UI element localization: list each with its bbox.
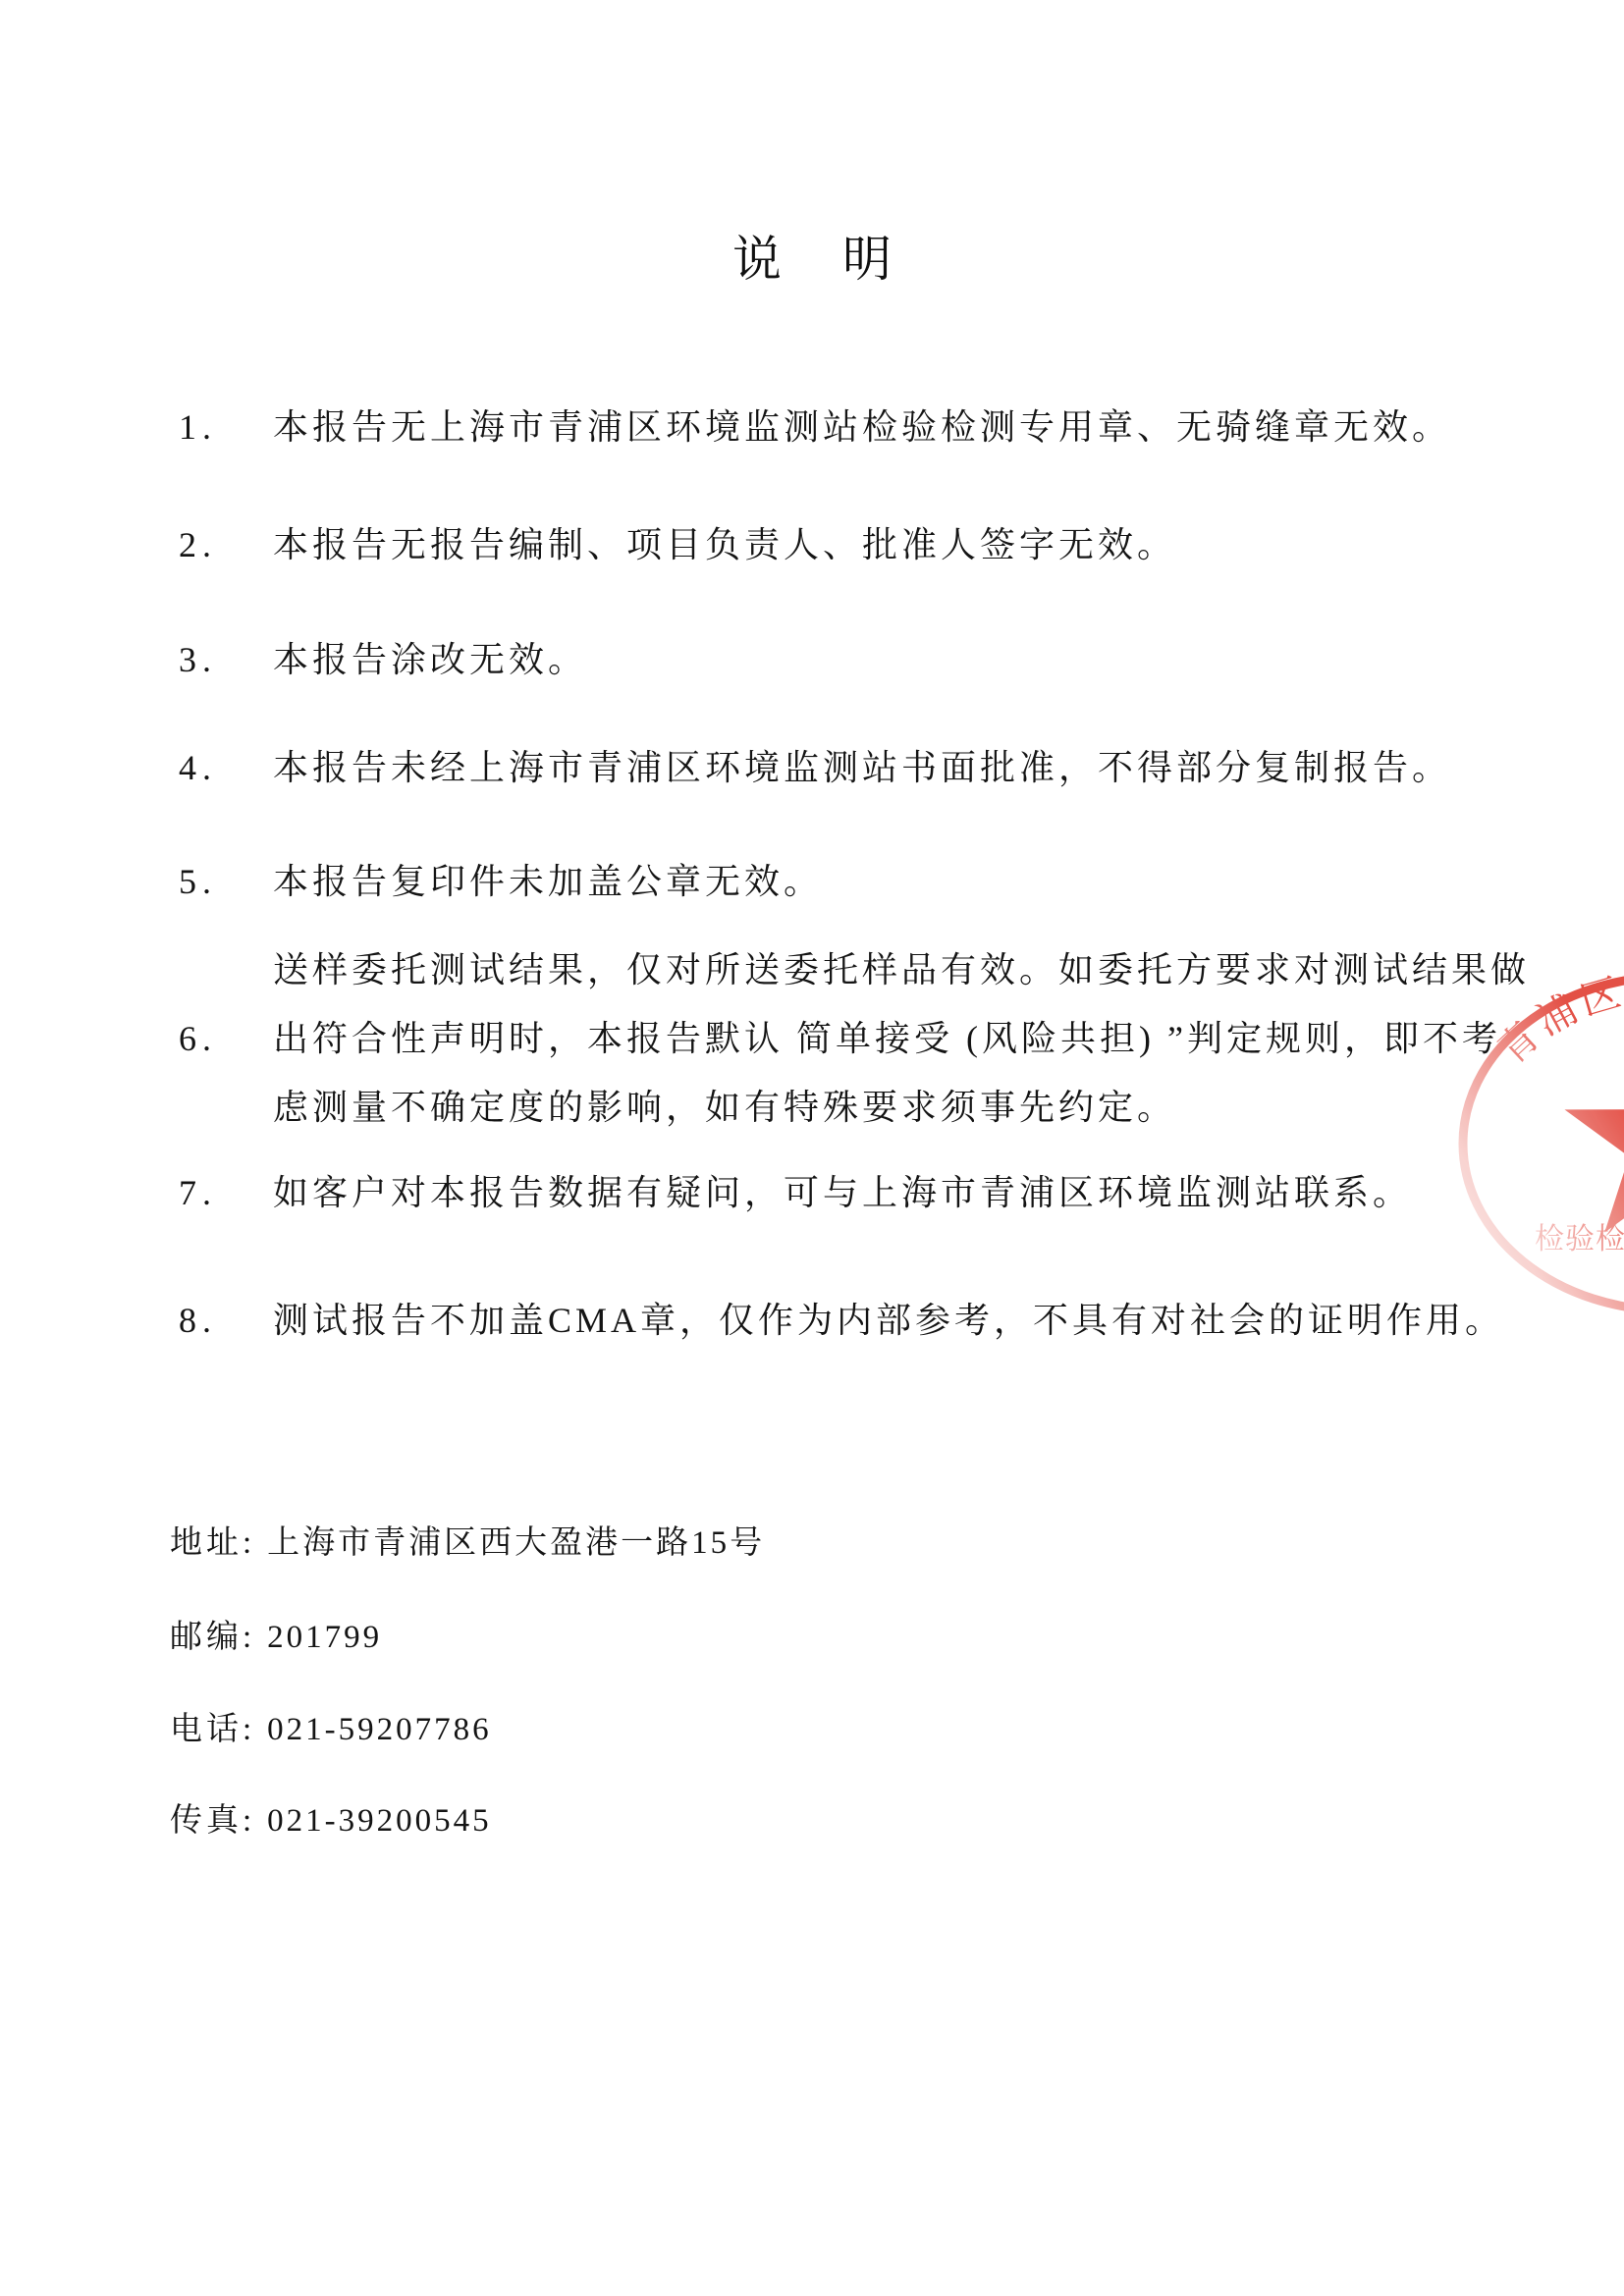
note-item-6: 6. 送样委托测试结果，仅对所送委托样品有效。如委托方要求对测试结果做 出符合性… [179, 935, 1530, 1142]
note-number: 2. [179, 521, 273, 568]
note-text: 本报告未经上海市青浦区环境监测站书面批准，不得部分复制报告。 [273, 748, 1451, 787]
note-text: 本报告无报告编制、项目负责人、批准人签字无效。 [273, 525, 1176, 564]
contact-fax-row: 传真: 021-39200545 [170, 1797, 492, 1844]
contact-value: 上海市青浦区西大盈港一路15号 [267, 1520, 765, 1567]
contact-label: 电话: [170, 1706, 255, 1753]
star-icon [1565, 1034, 1624, 1233]
contact-value: 201799 [267, 1614, 382, 1661]
contact-value: 021-39200545 [267, 1797, 492, 1844]
note-number: 8. [179, 1297, 273, 1344]
contact-label: 邮编: [170, 1614, 255, 1661]
note-text: 本报告复印件未加盖公章无效。 [273, 862, 823, 901]
note-number: 6. [179, 1015, 273, 1062]
page-title-char: 明 [842, 230, 892, 289]
page-title: 说 明 [0, 230, 1624, 289]
note-number: 5. [179, 858, 273, 905]
seal-bottom-text: 检验检测 [1535, 1223, 1624, 1255]
note-item-4: 4. 本报告未经上海市青浦区环境监测站书面批准，不得部分复制报告。 [179, 744, 1451, 791]
note-text: 本报告涂改无效。 [273, 640, 587, 679]
note-text: 如客户对本报告数据有疑问，可与上海市青浦区环境监测站联系。 [273, 1173, 1412, 1212]
contact-label: 地址: [170, 1520, 255, 1567]
note-number: 7. [179, 1169, 273, 1216]
note-item-8: 8. 测试报告不加盖CMA章，仅作为内部参考，不具有对社会的证明作用。 [179, 1297, 1504, 1344]
report-notes-page: 说 明 1. 本报告无上海市青浦区环境监测站检验检测专用章、无骑缝章无效。 2.… [0, 0, 1624, 2296]
contact-address-row: 地址: 上海市青浦区西大盈港一路15号 [170, 1520, 765, 1567]
note-number: 1. [179, 403, 273, 451]
note-number: 4. [179, 744, 273, 791]
note-text-line: 出符合性声明时，本报告默认 简单接受 (风险共担) ”判定规则，即不考 [273, 1004, 1530, 1073]
note-number: 3. [179, 636, 273, 683]
note-text: 测试报告不加盖CMA章，仅作为内部参考，不具有对社会的证明作用。 [273, 1301, 1504, 1340]
contact-value: 021-59207786 [267, 1706, 492, 1753]
note-text: 本报告无上海市青浦区环境监测站检验检测专用章、无骑缝章无效。 [273, 407, 1451, 447]
note-item-3: 3. 本报告涂改无效。 [179, 636, 587, 683]
note-text-line: 虑测量不确定度的影响，如有特殊要求须事先约定。 [273, 1073, 1530, 1142]
note-item-5: 5. 本报告复印件未加盖公章无效。 [179, 858, 823, 905]
note-text-line: 送样委托测试结果，仅对所送委托样品有效。如委托方要求对测试结果做 [273, 935, 1530, 1004]
note-item-7: 7. 如客户对本报告数据有疑问，可与上海市青浦区环境监测站联系。 [179, 1169, 1412, 1216]
contact-phone-row: 电话: 021-59207786 [170, 1706, 492, 1753]
note-item-1: 1. 本报告无上海市青浦区环境监测站检验检测专用章、无骑缝章无效。 [179, 403, 1451, 451]
note-item-2: 2. 本报告无报告编制、项目负责人、批准人签字无效。 [179, 521, 1176, 568]
contact-postcode-row: 邮编: 201799 [170, 1614, 382, 1661]
page-title-char: 说 [732, 230, 782, 289]
contact-label: 传真: [170, 1797, 255, 1844]
